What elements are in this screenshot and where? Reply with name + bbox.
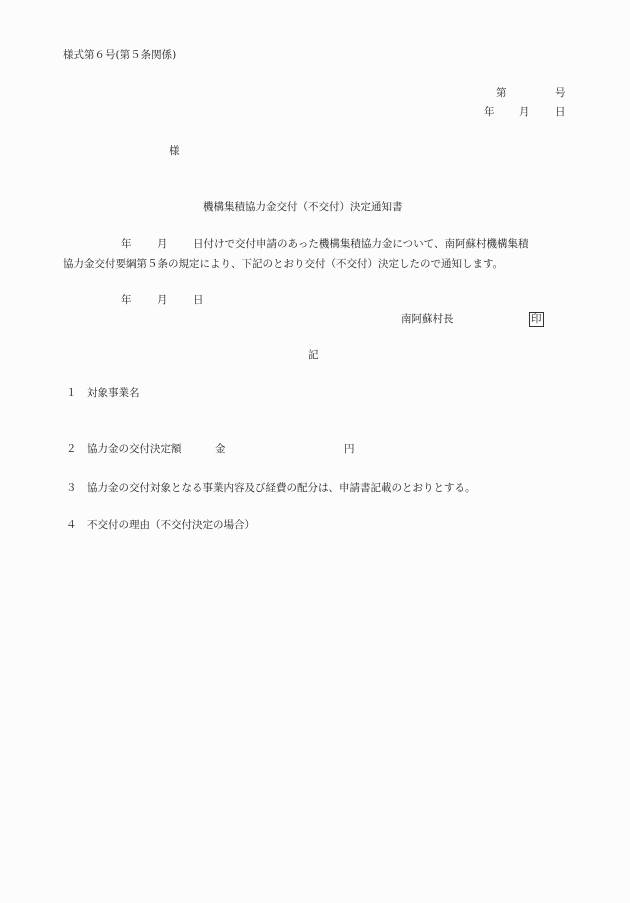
issue-date-year: 年 — [484, 107, 495, 118]
issue-date-month: 月 — [519, 107, 530, 118]
item-2-amount-prefix: 金 — [215, 444, 226, 455]
signature-date-year: 年 — [121, 295, 132, 306]
body-line2: 協力金交付要綱第５条の規定により、下記のとおり交付（不交付）決定したので通知しま… — [63, 259, 503, 270]
addressee-honorific: 様 — [169, 146, 180, 157]
item-2-text: 協力金の交付決定額 — [87, 444, 182, 455]
item-2-number: ２ — [66, 444, 77, 455]
seal-mark: 印 — [529, 312, 544, 327]
issue-date-day: 日 — [555, 107, 566, 118]
item-2-amount-suffix: 円 — [344, 444, 355, 455]
item-3-number: ３ — [66, 483, 77, 494]
item-1-text: 対象事業名 — [87, 388, 140, 399]
item-4-text: 不交付の理由（不交付決定の場合） — [87, 520, 255, 531]
body-date-month: 月 — [157, 239, 168, 250]
form-number: 様式第６号(第５条関係) — [63, 50, 176, 61]
signer-title: 南阿蘇村長 — [401, 314, 454, 325]
item-1-number: １ — [66, 388, 77, 399]
ki-heading: 記 — [308, 350, 319, 361]
item-3-text: 協力金の交付対象となる事業内容及び経費の配分は、申請書記載のとおりとする。 — [87, 483, 476, 494]
signature-date-day: 日 — [193, 295, 204, 306]
document-title: 機構集積協力金交付（不交付）決定通知書 — [203, 202, 403, 213]
signature-date-month: 月 — [157, 295, 168, 306]
item-4-number: ４ — [66, 520, 77, 531]
doc-number-prefix: 第 — [496, 88, 507, 99]
doc-number-suffix: 号 — [555, 88, 566, 99]
seal-box: 印 — [529, 312, 544, 327]
body-line1: 日付けで交付申請のあった機構集積協力金について、南阿蘇村機構集積 — [193, 239, 528, 250]
body-date-year: 年 — [121, 239, 132, 250]
